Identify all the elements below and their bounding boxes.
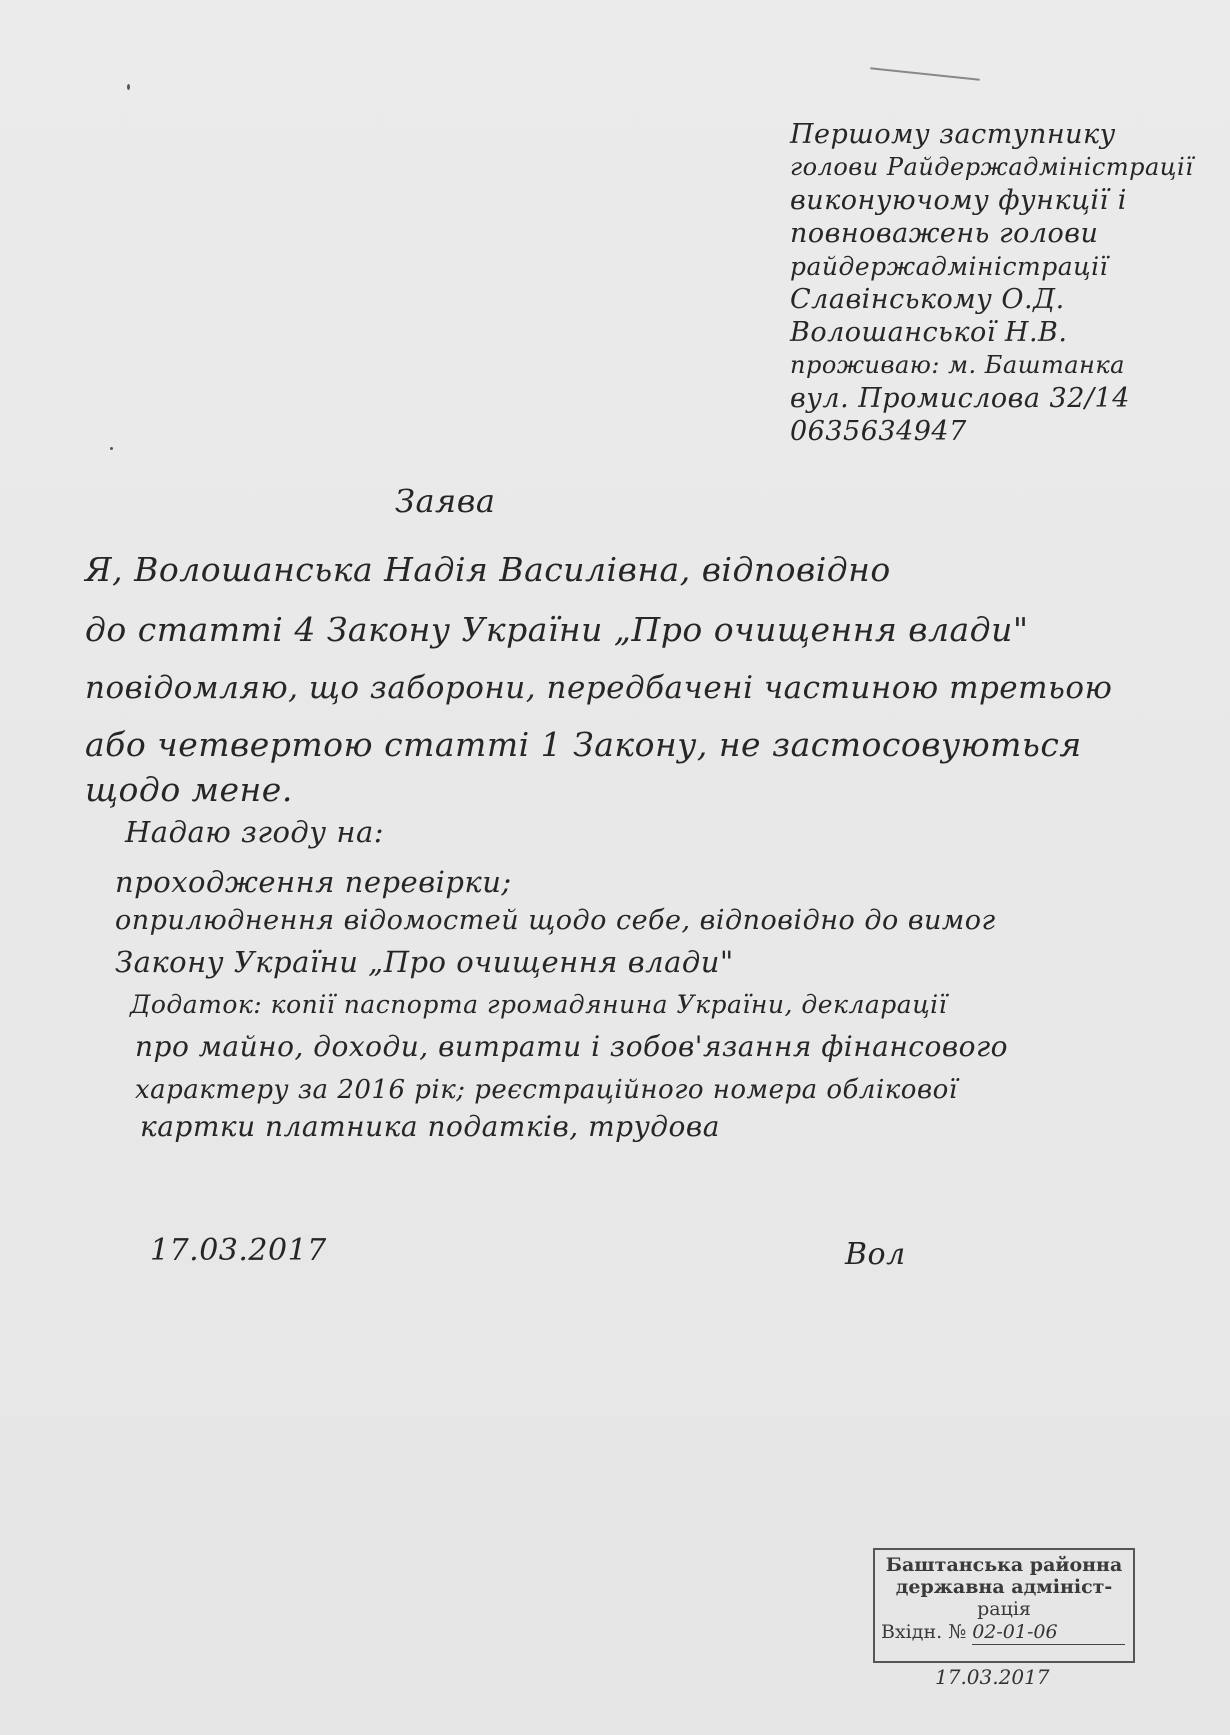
stamp-org-line: рація [875,1598,1133,1620]
registration-stamp: Баштанська районна державна адмініст- ра… [873,1548,1135,1663]
consent-line: Закону України „Про очищення влади" [115,945,734,979]
addressee-line: повноважень голови [790,217,1193,250]
addressee-line: Першому заступнику [790,118,1193,151]
body-line: щодо мене. [85,770,293,809]
scanned-page: Першому заступнику голови Райдержадмініс… [0,0,1230,1735]
sender-street: вул. Промислова 32/14 [790,382,1193,415]
attachment-line: про майно, доходи, витрати і зобов'язанн… [135,1030,1008,1063]
attachment-line: Додаток: копії паспорта громадянина Укра… [130,990,947,1019]
sender-phone: 0635634947 [790,415,1193,448]
body-line: Я, Волошанська Надія Василівна, відповід… [85,550,891,589]
addressee-block: Першому заступнику голови Райдержадмініс… [790,118,1193,448]
body-line: до статті 4 Закону України „Про очищення… [85,610,1029,649]
consent-line: проходження перевірки; [115,865,512,899]
addressee-line: райдержадміністрації [790,250,1193,283]
stamp-incoming-label: Вхідн. № [881,1620,966,1645]
scan-scratch [870,67,980,80]
stamp-org-line: державна адмініст- [875,1576,1133,1598]
document-date: 17.03.2017 [150,1233,327,1268]
stamp-org-line: Баштанська районна [875,1554,1133,1576]
attachment-line: картки платника податків, трудова [140,1110,720,1143]
body-line: повідомляю, що заборони, передбачені час… [85,670,1112,706]
consent-line: оприлюднення відомостей щодо себе, відпо… [115,905,996,936]
addressee-line: виконуючому функції і [790,184,1193,217]
attachment-line: характеру за 2016 рік; реєстраційного но… [135,1075,958,1105]
addressee-line: Славінському О.Д. [790,283,1193,316]
stamp-incoming-row: Вхідн. № 02-01-06 [875,1620,1133,1645]
sender-name: Волошанської Н.В. [790,316,1193,349]
scan-speck [110,447,113,450]
scan-speck [127,84,130,90]
stamp-incoming-date: 17.03.2017 [935,1665,1050,1689]
body-line: або четвертою статті 1 Закону, не застос… [85,725,1082,764]
consent-line: Надаю згоду на: [125,815,384,849]
stamp-incoming-number: 02-01-06 [972,1620,1125,1645]
addressee-line: голови Райдержадміністрації [790,151,1193,184]
document-title: Заява [395,482,495,520]
sender-address: проживаю: м. Баштанка [790,349,1193,382]
signature: Вол [845,1237,906,1272]
